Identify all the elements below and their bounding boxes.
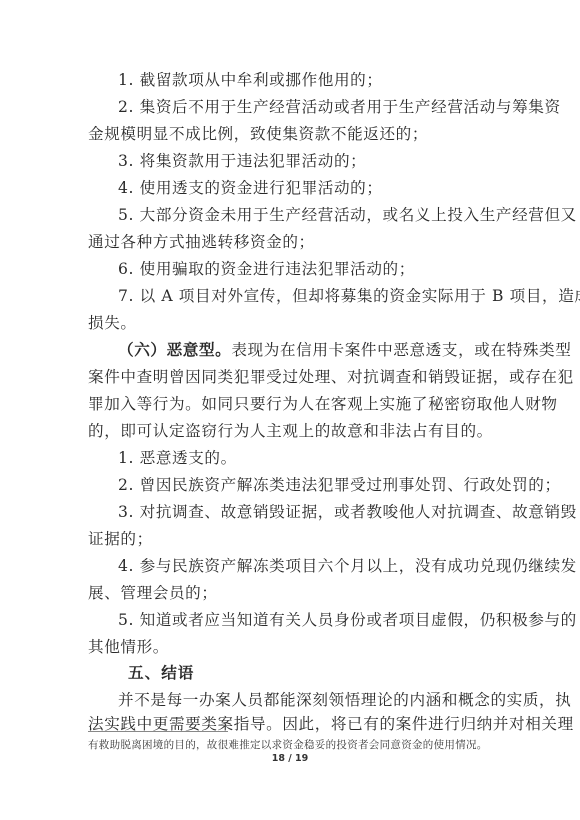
list-item-5-cont: 其他情形。 — [88, 637, 492, 657]
list-item-4: 4. 参与民族资产解冻类项目六个月以上，没有成功兑现仍继续发 — [118, 556, 492, 576]
list-item-4: 4. 使用透支的资金进行犯罪活动的； — [118, 178, 492, 198]
list-item-2: 2. 曾因民族资产解冻类违法犯罪受过刑事处罚、行政处罚的； — [118, 475, 492, 495]
section-six-label: （六）恶意型。 — [118, 340, 231, 360]
paragraph-line: 罪加入等行为。如同只要行为人在客观上实施了秘密窃取他人财物 — [88, 394, 492, 414]
list-item-5: 5. 大部分资金未用于生产经营活动，或名义上投入生产经营但又 — [118, 205, 492, 225]
list-item-1: 1. 截留款项从中牟利或挪作他用的； — [118, 70, 492, 90]
list-item-3: 3. 对抗调查、故意销毁证据，或者教唆他人对抗调查、故意销毁 — [118, 502, 492, 522]
footnote: 有救助脱离困境的目的，故很难推定以求资金稳妥的投资者会同意资金的使用情况。 — [88, 738, 488, 752]
section-six-text: 表现为在信用卡案件中恶意透支，或在特殊类型 — [231, 340, 571, 360]
list-item-5: 5. 知道或者应当知道有关人员身份或者项目虚假，仍积极参与的 — [118, 610, 492, 630]
section-six-paragraph: （六）恶意型。 表现为在信用卡案件中恶意透支，或在特殊类型 — [118, 340, 492, 360]
list-item-2-cont: 金规模明显不成比例，致使集资款不能返还的； — [88, 124, 492, 144]
list-item-3: 3. 将集资款用于违法犯罪活动的； — [118, 151, 492, 171]
list-item-7-cont: 损失。 — [88, 313, 492, 333]
paragraph-line: 案件中查明曾因同类犯罪受过处理、对抗调查和销毁证据，或存在犯 — [88, 367, 492, 387]
list-item-7: 7. 以 A 项目对外宣传，但却将募集的资金实际用于 B 项目，造成 — [118, 286, 492, 306]
footnote-divider — [88, 731, 228, 732]
page-number: 18 / 19 — [0, 753, 580, 764]
list-item-1: 1. 恶意透支的。 — [118, 448, 492, 468]
list-item-2: 2. 集资后不用于生产经营活动或者用于生产经营活动与筹集资 — [118, 97, 492, 117]
paragraph-line: 并不是每一办案人员都能深刻领悟理论的内涵和概念的实质，执 — [118, 690, 492, 710]
list-item-4-cont: 展、管理会员的； — [88, 583, 492, 603]
section-heading: 五、结语 — [128, 663, 194, 683]
list-item-5-cont: 通过各种方式抽逃转移资金的； — [88, 232, 492, 252]
list-item-6: 6. 使用骗取的资金进行违法犯罪活动的； — [118, 259, 492, 279]
document-page: 1. 截留款项从中牟利或挪作他用的； 2. 集资后不用于生产经营活动或者用于生产… — [0, 0, 580, 820]
paragraph-line: 的，即可认定盗窃行为人主观上的故意和非法占有目的。 — [88, 421, 492, 441]
list-item-3-cont: 证据的； — [88, 529, 492, 549]
